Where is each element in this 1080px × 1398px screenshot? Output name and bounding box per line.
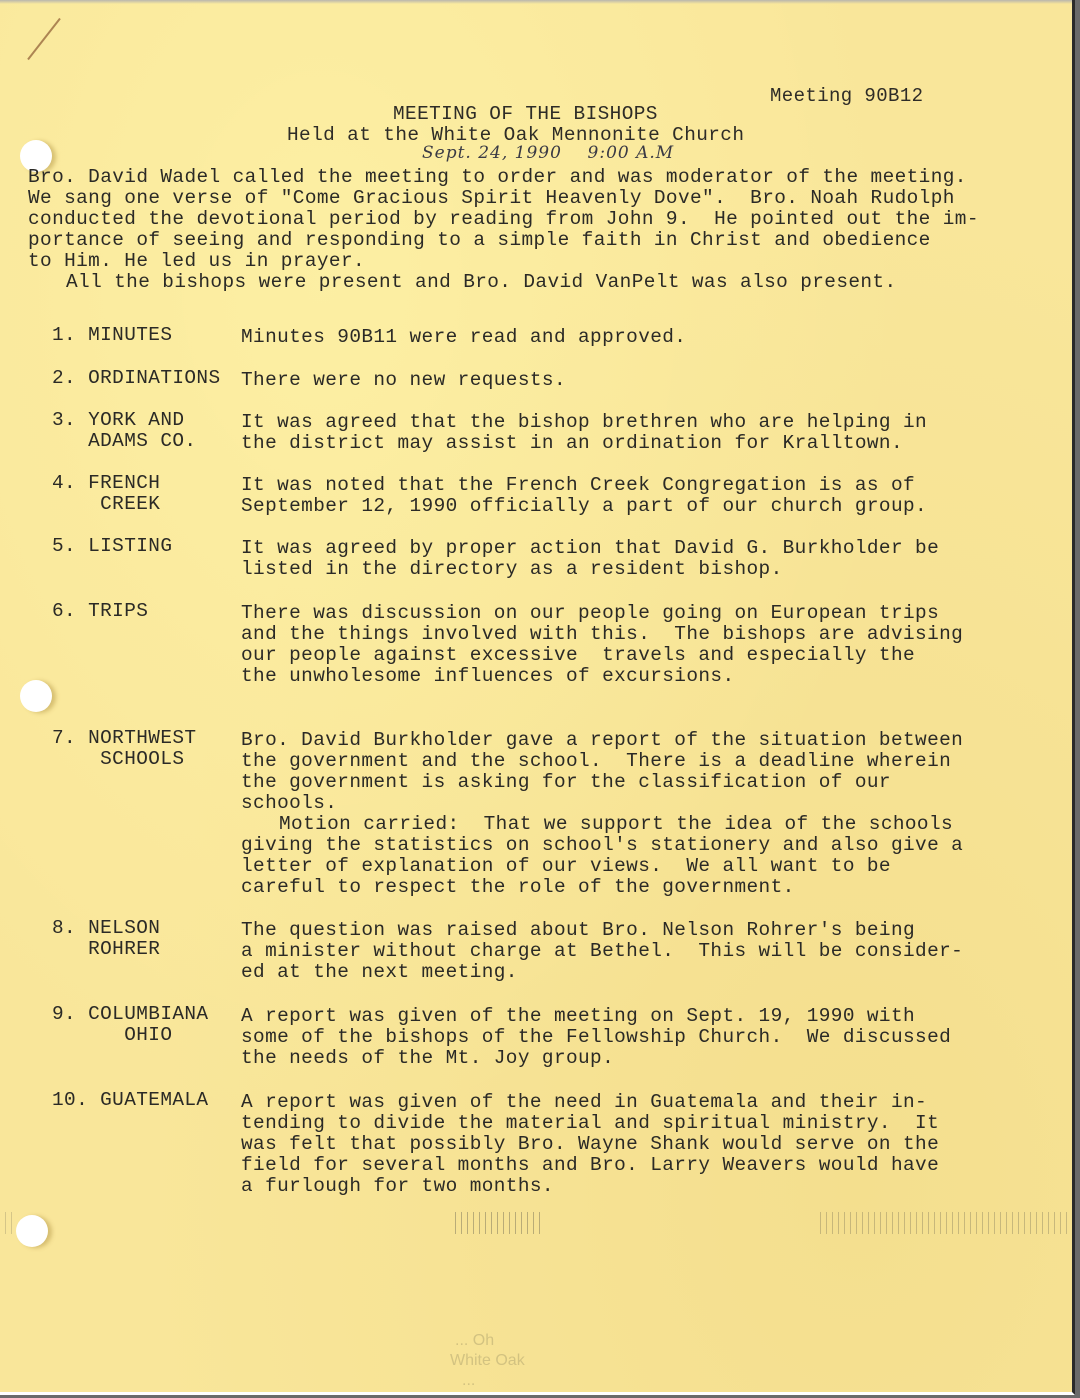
scan-artifact xyxy=(5,1212,17,1234)
item-label: 8. NELSON xyxy=(52,918,160,939)
item-text-line: the unwholesome influences of excursions… xyxy=(241,666,963,687)
item-heading: 7. NORTHWEST SCHOOLS xyxy=(52,728,196,770)
bleed-through-text: ... Oh xyxy=(455,1332,494,1350)
pen-mark xyxy=(27,18,61,60)
scan-artifact xyxy=(455,1212,545,1234)
item-text-line: was felt that possibly Bro. Wayne Shank … xyxy=(241,1134,939,1155)
item-body: A report was given of the need in Guatem… xyxy=(241,1092,939,1197)
item-text-line: a furlough for two months. xyxy=(241,1176,939,1197)
handwritten-date: Sept. 24, 1990 9:00 A.M xyxy=(422,143,674,163)
intro-paragraph: Bro. David Wadel called the meeting to o… xyxy=(28,167,979,293)
item-heading: 6. TRIPS xyxy=(52,601,148,622)
item-body: It was noted that the French Creek Congr… xyxy=(241,475,927,517)
item-label: 1. MINUTES xyxy=(52,325,172,346)
item-body: The question was raised about Bro. Nelso… xyxy=(241,920,963,983)
item-text-line: letter of explanation of our views. We a… xyxy=(241,856,963,877)
intro-line: to Him. He led us in prayer. xyxy=(28,251,979,272)
item-text-line: It was agreed that the bishop brethren w… xyxy=(241,412,927,433)
item-text-line: The question was raised about Bro. Nelso… xyxy=(241,920,963,941)
item-label: 6. TRIPS xyxy=(52,601,148,622)
item-text-line: giving the statistics on school's statio… xyxy=(241,835,963,856)
item-heading: 3. YORK AND ADAMS CO. xyxy=(52,410,196,452)
item-label: ROHRER xyxy=(52,939,160,960)
item-text-line: It was noted that the French Creek Congr… xyxy=(241,475,927,496)
item-label: ADAMS CO. xyxy=(52,431,196,452)
item-label: 5. LISTING xyxy=(52,536,172,557)
item-text-line: the district may assist in an ordination… xyxy=(241,433,927,454)
item-label: 7. NORTHWEST xyxy=(52,728,196,749)
item-body: There was discussion on our people going… xyxy=(241,603,963,687)
item-text-line: September 12, 1990 officially a part of … xyxy=(241,496,927,517)
item-text-line: listed in the directory as a resident bi… xyxy=(241,559,939,580)
item-text-line: our people against excessive travels and… xyxy=(241,645,963,666)
item-label: 9. COLUMBIANA xyxy=(52,1004,208,1025)
punch-hole-icon xyxy=(16,1215,48,1247)
item-text-line: field for several months and Bro. Larry … xyxy=(241,1155,939,1176)
item-text-line: tending to divide the material and spiri… xyxy=(241,1113,939,1134)
bleed-through-text: ... xyxy=(462,1372,475,1390)
item-heading: 4. FRENCH CREEK xyxy=(52,473,160,515)
item-text-line: There were no new requests. xyxy=(241,370,566,391)
item-text-line: and the things involved with this. The b… xyxy=(241,624,963,645)
item-text-line: There was discussion on our people going… xyxy=(241,603,963,624)
item-label: 3. YORK AND xyxy=(52,410,196,431)
item-heading: 8. NELSON ROHRER xyxy=(52,918,160,960)
item-text-line: a minister without charge at Bethel. Thi… xyxy=(241,941,963,962)
intro-line: portance of seeing and responding to a s… xyxy=(28,230,979,251)
document-title: MEETING OF THE BISHOPS xyxy=(393,104,658,125)
item-body: It was agreed that the bishop brethren w… xyxy=(241,412,927,454)
item-heading: 9. COLUMBIANA OHIO xyxy=(52,1004,208,1046)
item-text-line: It was agreed by proper action that Davi… xyxy=(241,538,939,559)
item-label: OHIO xyxy=(52,1025,208,1046)
item-text-line: A report was given of the meeting on Sep… xyxy=(241,1006,951,1027)
item-text-line: schools. xyxy=(241,793,963,814)
item-text-line: ed at the next meeting. xyxy=(241,962,963,983)
intro-line: All the bishops were present and Bro. Da… xyxy=(28,272,979,293)
item-text-line: A report was given of the need in Guatem… xyxy=(241,1092,939,1113)
item-text-line: Motion carried: That we support the idea… xyxy=(241,814,963,835)
item-heading: 5. LISTING xyxy=(52,536,172,557)
minutes-page: Meeting 90B12 MEETING OF THE BISHOPS Hel… xyxy=(0,0,1075,1395)
item-body: There were no new requests. xyxy=(241,370,566,391)
meeting-number: Meeting 90B12 xyxy=(770,86,923,107)
item-heading: 1. MINUTES xyxy=(52,325,172,346)
item-text-line: Bro. David Burkholder gave a report of t… xyxy=(241,730,963,751)
item-label: SCHOOLS xyxy=(52,749,196,770)
item-text-line: some of the bishops of the Fellowship Ch… xyxy=(241,1027,951,1048)
item-text-line: careful to respect the role of the gover… xyxy=(241,877,963,898)
item-body: A report was given of the meeting on Sep… xyxy=(241,1006,951,1069)
item-body: Minutes 90B11 were read and approved. xyxy=(241,327,686,348)
item-label: 4. FRENCH xyxy=(52,473,160,494)
item-label: 2. ORDINATIONS xyxy=(52,368,221,389)
item-label: 10. GUATEMALA xyxy=(52,1090,208,1111)
item-text-line: the needs of the Mt. Joy group. xyxy=(241,1048,951,1069)
intro-line: conducted the devotional period by readi… xyxy=(28,209,979,230)
item-text-line: the government and the school. There is … xyxy=(241,751,963,772)
punch-hole-icon xyxy=(20,680,52,712)
item-body: Bro. David Burkholder gave a report of t… xyxy=(241,730,963,898)
intro-line: Bro. David Wadel called the meeting to o… xyxy=(28,167,979,188)
scan-artifact xyxy=(820,1212,1070,1234)
item-heading: 10. GUATEMALA xyxy=(52,1090,208,1111)
bleed-through-text: White Oak xyxy=(450,1352,525,1370)
item-label: CREEK xyxy=(52,494,160,515)
item-text-line: the government is asking for the classif… xyxy=(241,772,963,793)
item-heading: 2. ORDINATIONS xyxy=(52,368,221,389)
intro-line: We sang one verse of "Come Gracious Spir… xyxy=(28,188,979,209)
scan-top-edge xyxy=(0,0,1072,4)
item-text-line: Minutes 90B11 were read and approved. xyxy=(241,327,686,348)
item-body: It was agreed by proper action that Davi… xyxy=(241,538,939,580)
